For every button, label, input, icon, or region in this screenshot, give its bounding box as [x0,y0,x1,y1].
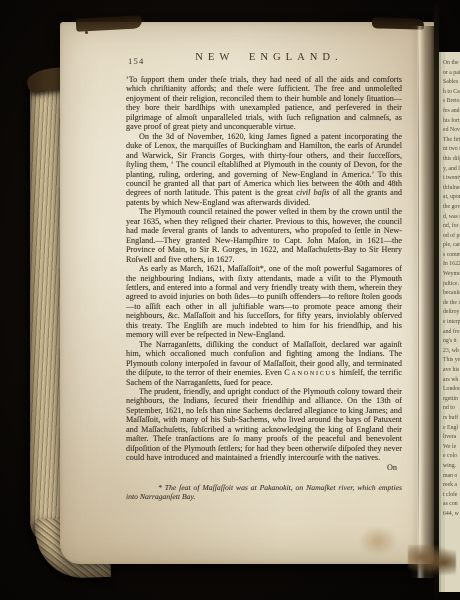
facing-page-line: e colo [439,452,460,462]
facing-page-line: nt two fo [439,145,460,155]
gutter-crease [418,40,419,560]
facing-page-line: rs buff [439,414,460,424]
facing-page-line: nd, for t [439,222,460,232]
facing-page-line: On the 10 [439,59,460,69]
facing-page-line: Weymou [439,270,460,280]
facing-page-line: s commi [439,251,460,261]
gutter-bottom-debris [408,545,456,575]
facing-page-line: reek a [439,481,460,491]
paragraph: The Narraganſetts, diſliking the conduct… [126,340,402,387]
facing-page-line: 644, w [439,510,460,520]
facing-page-line: rgettin [439,395,460,405]
facing-page-line: nd to [439,404,460,414]
paragraph: The Plymouth council retained the power … [126,207,402,264]
facing-page-line: juſtice. [439,280,460,290]
facing-page-line: This ye [439,356,460,366]
facing-page-line: his forty [439,117,460,127]
facing-page-line: od of pro [439,232,460,242]
facing-page-line: d, was t [439,213,460,223]
facing-page-line: 23, wh [439,347,460,357]
facing-page-line: and fro [439,328,460,338]
facing-page-line: London, [439,385,460,395]
page-top-shadow [76,15,143,31]
page-text: ‘To ſupport them under theſe trials, the… [126,75,402,463]
facing-page-line: becauſe [439,289,460,299]
facing-page-line: livera [439,433,460,443]
facing-page-line: y, and ſe [439,165,460,175]
paragraph: The prudent, friendly, and upright condu… [126,387,402,463]
paragraph: As early as March, 1621, Maſſaſſoit*, on… [126,264,402,340]
facing-page-line: s Breton [439,97,460,107]
facing-page-line: e Engl [439,424,460,434]
facing-page-line: ng's it [439,337,460,347]
facing-page-line: the gov [439,203,460,213]
book-photo: 154 NEW ENGLAND. ‘To ſupport them under … [0,0,460,600]
running-title: NEW ENGLAND. [126,52,402,63]
facing-page-line: h to Can [439,88,460,98]
facing-page-line: wing. [439,462,460,472]
facing-page-line: ed Nova [439,126,460,136]
gutter-fold [410,26,434,578]
page-number: 154 [128,56,145,66]
facing-page-line: Sables to [439,78,460,88]
facing-page-line: man o [439,472,460,482]
facing-page-line: ars wh [439,376,460,386]
facing-page-line: ple, can [439,241,460,251]
facing-page-line: or a pate [439,69,460,79]
ink-speck [85,31,88,34]
paragraph: On the 3d of November, 1620, king James … [126,132,402,208]
catchword: On [126,463,402,472]
facing-page-line: thfulneſs [439,184,460,194]
paragraph: ‘To ſupport them under theſe trials, the… [126,75,402,132]
facing-page-line: fes and th [439,107,460,117]
facing-page-line: de the ri [439,299,460,309]
page-header: 154 NEW ENGLAND. [126,52,402,69]
facing-page-line: deſtroy [439,308,460,318]
facing-page-sliver: On the 10or a pateSables toh to Cans Bre… [439,52,460,592]
facing-page-line: In 1622, [439,260,460,270]
footnote: * The ſeat of Maſſaſſoit was at Pakanoki… [126,483,402,502]
facing-page-line: The firſt [439,136,460,146]
book-page: 154 NEW ENGLAND. ‘To ſupport them under … [60,22,434,564]
text-block: 154 NEW ENGLAND. ‘To ſupport them under … [126,52,402,560]
facing-page-line: i twenty [439,174,460,184]
facing-page-line: t cloſe [439,491,460,501]
facing-page-line: at, upon [439,193,460,203]
facing-page-line: as con [439,500,460,510]
facing-page-line: e interp [439,318,460,328]
facing-page-line: this diſg [439,155,460,165]
facing-page-line: ave his [439,366,460,376]
facing-page-line: We le [439,443,460,453]
